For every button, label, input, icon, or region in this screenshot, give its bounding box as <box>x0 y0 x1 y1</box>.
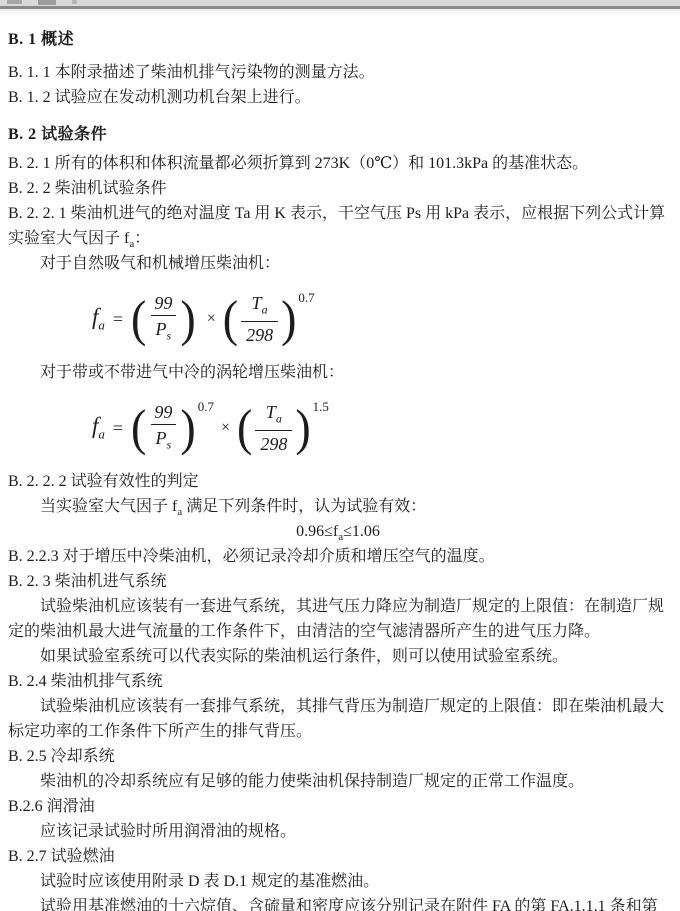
viewer-toolbar-remnant <box>0 0 680 9</box>
inequality-condition: 0.96≤fa≤1.06 <box>8 519 668 544</box>
math-term-pressure: ( 99 Ps ) 0.7 <box>131 402 214 455</box>
left-paren: ( <box>237 401 252 456</box>
section-heading-b1: B. 1 概述 <box>8 27 668 52</box>
para-b1-2: B. 1. 2 试验应在发动机测功机台架上进行。 <box>8 85 668 110</box>
section-heading-b2-2-2: B. 2. 2. 2 试验有效性的判定 <box>8 469 668 494</box>
section-heading-b2-7: B. 2.7 试验燃油 <box>8 844 668 869</box>
section-heading-b2-3: B. 2. 3 柴油机进气系统 <box>8 569 668 594</box>
toolbar-button-fragment <box>38 0 56 5</box>
para-b2-2-1: B. 2. 2. 1 柴油机进气的绝对温度 Ta 用 K 表示，干空气压 Ps … <box>8 201 668 251</box>
section-heading-b2-4: B. 2.4 柴油机排气系统 <box>8 669 668 694</box>
para-lab-system: 如果试验室系统可以代表实际的柴油机运行条件，则可以使用试验室系统。 <box>8 644 668 669</box>
para-turbocharged: 对于带或不带进气中冷的涡轮增压柴油机： <box>8 360 668 385</box>
math-fa-symbol: fa <box>92 304 105 334</box>
multiply-sign: × <box>207 310 216 328</box>
para-validity-condition: 当实验室大气因子 fa 满足下列条件时，认为试验有效： <box>8 494 668 519</box>
para-b1-1: B. 1. 1 本附录描述了柴油机排气污染物的测量方法。 <box>8 60 668 85</box>
math-term-pressure: ( 99 Ps ) <box>131 293 200 346</box>
formula-turbocharged: fa = ( 99 Ps ) 0.7 × ( Ta 298 ) 1.5 <box>92 399 668 457</box>
para-b2-2-3: B. 2.2.3 对于增压中冷柴油机，必须记录冷却介质和增压空气的温度。 <box>8 544 668 569</box>
fraction-99-ps: 99 Ps <box>149 402 177 455</box>
math-term-temperature: ( Ta 298 ) 0.7 <box>223 293 315 346</box>
exponent: 0.7 <box>198 400 214 413</box>
right-paren: ) <box>295 401 310 456</box>
toolbar-button-fragment <box>7 0 22 4</box>
para-cooling-system: 柴油机的冷却系统应有足够的能力使柴油机保持制造厂规定的正常工作温度。 <box>8 769 668 794</box>
equals-sign: = <box>113 309 123 330</box>
toolbar-button-fragment <box>72 0 77 4</box>
right-paren: ) <box>281 292 296 347</box>
equals-sign: = <box>113 418 123 439</box>
left-paren: ( <box>131 401 146 456</box>
math-term-temperature: ( Ta 298 ) 1.5 <box>237 402 329 455</box>
formula-naturally-aspirated: fa = ( 99 Ps ) × ( Ta 298 ) 0.7 <box>92 290 668 348</box>
document-page: B. 1 概述 B. 1. 1 本附录描述了柴油机排气污染物的测量方法。 B. … <box>0 15 680 911</box>
exponent: 1.5 <box>313 400 329 413</box>
para-intake-system: 试验柴油机应该装有一套进气系统，其进气压力降应为制造厂规定的上限值：在制造厂规定… <box>8 594 668 644</box>
section-heading-b2: B. 2 试验条件 <box>8 122 668 147</box>
section-heading-b2-6: B.2.6 润滑油 <box>8 794 668 819</box>
para-naturally-aspirated: 对于自然吸气和机械增压柴油机： <box>8 251 668 276</box>
exponent: 0.7 <box>298 291 314 304</box>
left-paren: ( <box>223 292 238 347</box>
section-heading-b2-5: B. 2.5 冷却系统 <box>8 744 668 769</box>
fraction-99-ps: 99 Ps <box>149 293 177 346</box>
para-b2-1: B. 2. 1 所有的体积和体积流量都必须折算到 273K（0℃）和 101.3… <box>8 151 668 176</box>
right-paren: ) <box>180 292 195 347</box>
right-paren: ) <box>180 401 195 456</box>
fraction-ta-298: Ta 298 <box>255 402 292 455</box>
para-exhaust-system: 试验柴油机应该装有一套排气系统，其排气背压为制造厂规定的上限值：即在柴油机最大标… <box>8 694 668 744</box>
multiply-sign: × <box>221 419 230 437</box>
fraction-ta-298: Ta 298 <box>241 293 278 346</box>
para-fuel-record: 试验用基准燃油的十六烷值、含硫量和密度应该分别记录在附件 FA 的第 FA.1.… <box>8 894 668 911</box>
left-paren: ( <box>131 292 146 347</box>
para-fuel-reference: 试验时应该使用附录 D 表 D.1 规定的基准燃油。 <box>8 869 668 894</box>
para-b2-2: B. 2. 2 柴油机试验条件 <box>8 176 668 201</box>
math-fa-symbol: fa <box>92 413 105 443</box>
para-lubricant: 应该记录试验时所用润滑油的规格。 <box>8 819 668 844</box>
